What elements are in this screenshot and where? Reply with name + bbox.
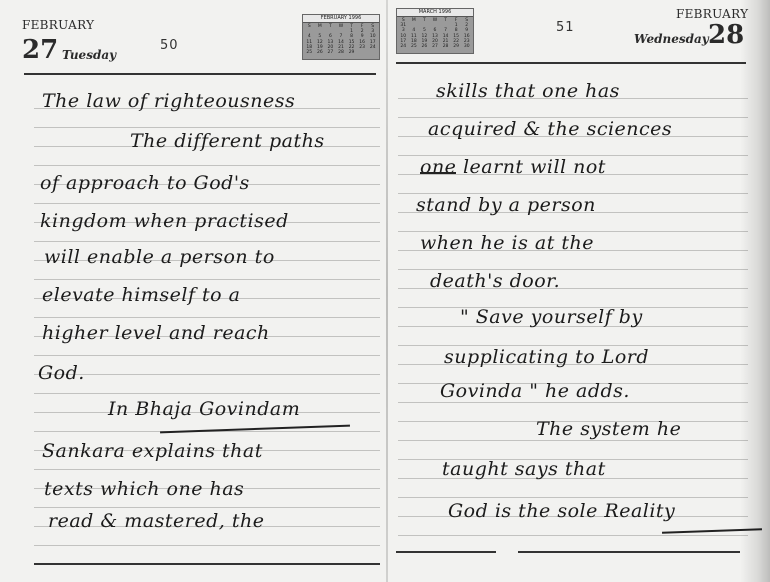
handwritten-line: Govinda " he adds.	[440, 380, 630, 402]
mini-calendar-grid: SMTWTFS123456789101112131415161718192021…	[303, 23, 379, 55]
ruled-line	[398, 497, 748, 498]
handwritten-line: God is the sole Reality	[448, 500, 675, 522]
calendar-cell	[367, 50, 378, 55]
handwritten-line: death's door.	[430, 270, 560, 292]
handwritten-line: elevate himself to a	[42, 284, 240, 306]
ruled-line	[34, 241, 380, 242]
calendar-cell: 29	[451, 44, 462, 49]
ruled-line	[34, 374, 380, 375]
handwritten-line: when he is at the	[420, 232, 594, 254]
left-page: FEBRUARY 27 Tuesday 50 FEBRUARY 1996 SMT…	[0, 0, 386, 582]
handwritten-line: The system he	[536, 418, 681, 440]
mini-calendar-march: MARCH 1996 SMTWTFS3112345678910111213141…	[396, 8, 474, 54]
strikethrough-mark	[420, 172, 456, 174]
calendar-cell: 28	[440, 44, 451, 49]
ruled-line	[34, 355, 380, 356]
handwritten-line: The law of righteousness	[42, 90, 295, 112]
handwritten-line: The different paths	[130, 130, 325, 152]
handwritten-line: In Bhaja Govindam	[108, 398, 300, 420]
ruled-line	[398, 535, 748, 536]
handwritten-line: skills that one has	[436, 80, 620, 102]
left-month-label: FEBRUARY	[22, 18, 94, 32]
ruled-line	[34, 507, 380, 508]
ruled-line	[34, 393, 380, 394]
handwritten-line: one learnt will not	[420, 156, 606, 178]
handwritten-line: " Save yourself by	[460, 306, 643, 328]
mini-calendar-february: FEBRUARY 1996 SMTWTFS1234567891011121314…	[302, 14, 380, 60]
right-month-label: FEBRUARY	[676, 7, 748, 21]
handwritten-line: higher level and reach	[42, 322, 270, 344]
calendar-cell: 27	[430, 44, 441, 49]
calendar-cell: 27	[325, 50, 336, 55]
handwritten-line: taught says that	[442, 458, 606, 480]
handwritten-line: supplicating to Lord	[444, 346, 649, 368]
handwritten-line: stand by a person	[416, 194, 596, 216]
calendar-cell: 25	[409, 44, 420, 49]
handwritten-line: God.	[38, 362, 85, 384]
calendar-cell	[357, 50, 368, 55]
right-day-number: 28	[708, 22, 744, 48]
calendar-cell: 28	[336, 50, 347, 55]
footer-rule	[518, 551, 740, 553]
ruled-line	[34, 203, 380, 204]
ruled-line	[34, 165, 380, 166]
left-day-number: 27	[22, 37, 58, 63]
right-handwritten-page-number: 51	[556, 20, 575, 35]
handwritten-line: read & mastered, the	[48, 510, 264, 532]
header-rule	[24, 73, 376, 75]
mini-calendar-grid: SMTWTFS311234567891011121314151617181920…	[397, 17, 473, 49]
ruled-line	[34, 317, 380, 318]
handwritten-line: acquired & the sciences	[428, 118, 672, 140]
footer-rule	[396, 551, 496, 553]
right-page: MARCH 1996 SMTWTFS3112345678910111213141…	[390, 0, 770, 582]
calendar-cell: 24	[398, 44, 409, 49]
underline-mark	[662, 528, 762, 533]
ruled-line	[398, 440, 748, 441]
ruled-line	[398, 402, 748, 403]
calendar-cell: 29	[346, 50, 357, 55]
mini-calendar-title: FEBRUARY 1996	[303, 15, 379, 23]
handwritten-line: of approach to God's	[40, 172, 250, 194]
calendar-cell: 25	[304, 50, 315, 55]
header-rule	[396, 62, 746, 64]
ruled-line	[34, 279, 380, 280]
mini-calendar-title: MARCH 1996	[397, 9, 473, 17]
footer-rule	[34, 563, 380, 565]
book-spine	[386, 0, 388, 582]
diary-spread: FEBRUARY 27 Tuesday 50 FEBRUARY 1996 SMT…	[0, 0, 770, 582]
ruled-line	[34, 469, 380, 470]
left-handwritten-page-number: 50	[160, 38, 179, 53]
handwritten-line: Sankara explains that	[42, 440, 263, 462]
handwritten-line: texts which one has	[44, 478, 244, 500]
handwritten-line: kingdom when practised	[40, 210, 289, 232]
calendar-cell: 26	[315, 50, 326, 55]
calendar-cell: 26	[419, 44, 430, 49]
handwritten-line: will enable a person to	[44, 246, 275, 268]
ruled-line	[34, 127, 380, 128]
calendar-cell: 30	[461, 44, 472, 49]
right-day-name: Wednesday	[634, 32, 709, 46]
left-day-name: Tuesday	[62, 48, 116, 62]
ruled-line	[34, 545, 380, 546]
